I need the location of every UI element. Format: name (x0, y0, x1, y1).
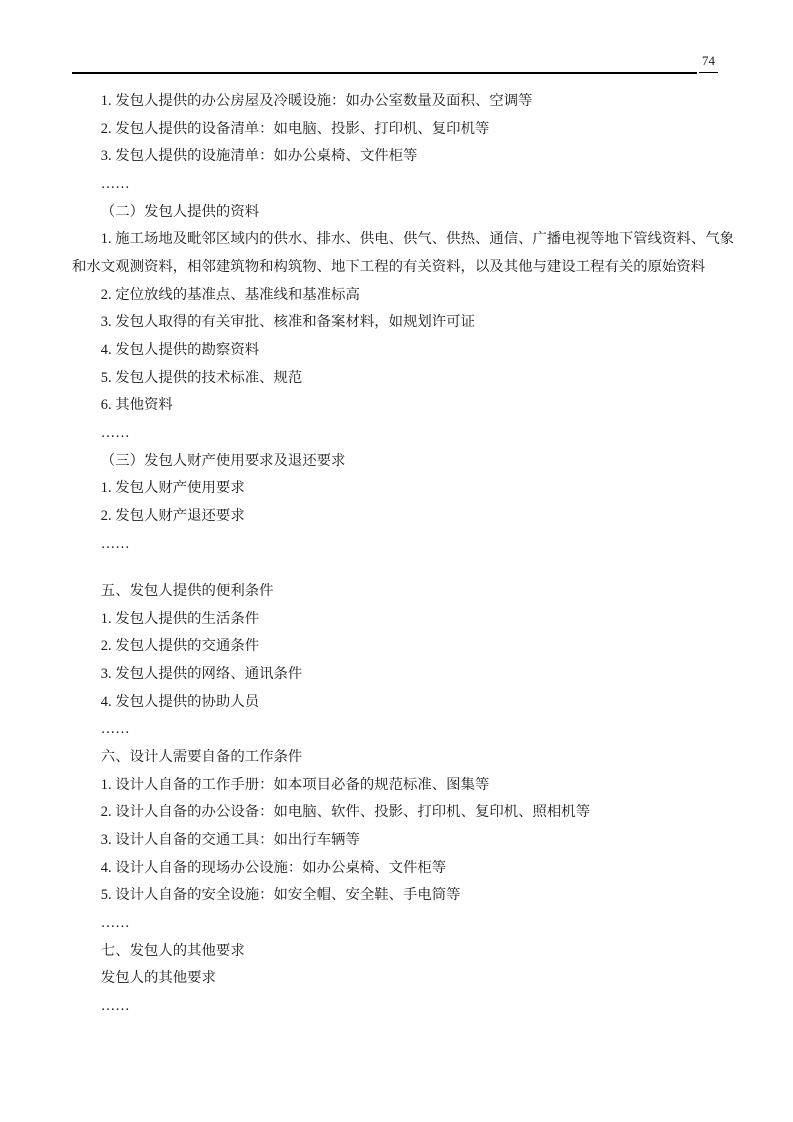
paragraph: 1. 施工场地及毗邻区域内的供水、排水、供电、供气、供热、通信、广播电视等地下管… (72, 226, 734, 281)
page-number: 74 (699, 53, 718, 73)
paragraph: 3. 发包人提供的网络、通讯条件 (72, 661, 734, 689)
paragraph: 2. 发包人提供的交通条件 (72, 633, 734, 661)
paragraph: 4. 发包人提供的勘察资料 (72, 337, 734, 365)
ellipsis-line: …… (72, 910, 734, 938)
ellipsis-line: …… (72, 531, 734, 559)
ellipsis-line: …… (72, 171, 734, 199)
ellipsis-line: …… (72, 993, 734, 1021)
paragraph: 1. 发包人提供的生活条件 (72, 606, 734, 634)
paragraph: 2. 发包人财产退还要求 (72, 503, 734, 531)
document-page: 74 1. 发包人提供的办公房屋及冷暖设施：如办公室数量及面积、空调等 2. 发… (0, 0, 793, 1122)
section-gap (72, 558, 734, 578)
ellipsis-line: …… (72, 716, 734, 744)
section-heading: 七、发包人的其他要求 (72, 938, 734, 966)
paragraph: 发包人的其他要求 (72, 965, 734, 993)
paragraph: 2. 设计人自备的办公设备：如电脑、软件、投影、打印机、复印机、照相机等 (72, 799, 734, 827)
paragraph: 4. 设计人自备的现场办公设施：如办公桌椅、文件柜等 (72, 855, 734, 883)
section-heading: 五、发包人提供的便利条件 (72, 578, 734, 606)
paragraph: 5. 设计人自备的安全设施：如安全帽、安全鞋、手电筒等 (72, 882, 734, 910)
subsection-heading: （二）发包人提供的资料 (72, 199, 734, 227)
ellipsis-line: …… (72, 420, 734, 448)
paragraph: 6. 其他资料 (72, 392, 734, 420)
section-heading: 六、设计人需要自备的工作条件 (72, 744, 734, 772)
paragraph: 3. 发包人取得的有关审批、核准和备案材料，如规划许可证 (72, 309, 734, 337)
document-body: 1. 发包人提供的办公房屋及冷暖设施：如办公室数量及面积、空调等 2. 发包人提… (72, 88, 734, 1021)
paragraph: 2. 定位放线的基准点、基准线和基准标高 (72, 282, 734, 310)
paragraph: 5. 发包人提供的技术标准、规范 (72, 365, 734, 393)
paragraph: 3. 设计人自备的交通工具：如出行车辆等 (72, 827, 734, 855)
paragraph: 1. 发包人财产使用要求 (72, 475, 734, 503)
paragraph: 1. 发包人提供的办公房屋及冷暖设施：如办公室数量及面积、空调等 (72, 88, 734, 116)
paragraph: 2. 发包人提供的设备清单：如电脑、投影、打印机、复印机等 (72, 116, 734, 144)
paragraph: 3. 发包人提供的设施清单：如办公桌椅、文件柜等 (72, 143, 734, 171)
header-rule (72, 72, 697, 74)
subsection-heading: （三）发包人财产使用要求及退还要求 (72, 448, 734, 476)
paragraph: 4. 发包人提供的协助人员 (72, 689, 734, 717)
paragraph: 1. 设计人自备的工作手册：如本项目必备的规范标准、图集等 (72, 772, 734, 800)
